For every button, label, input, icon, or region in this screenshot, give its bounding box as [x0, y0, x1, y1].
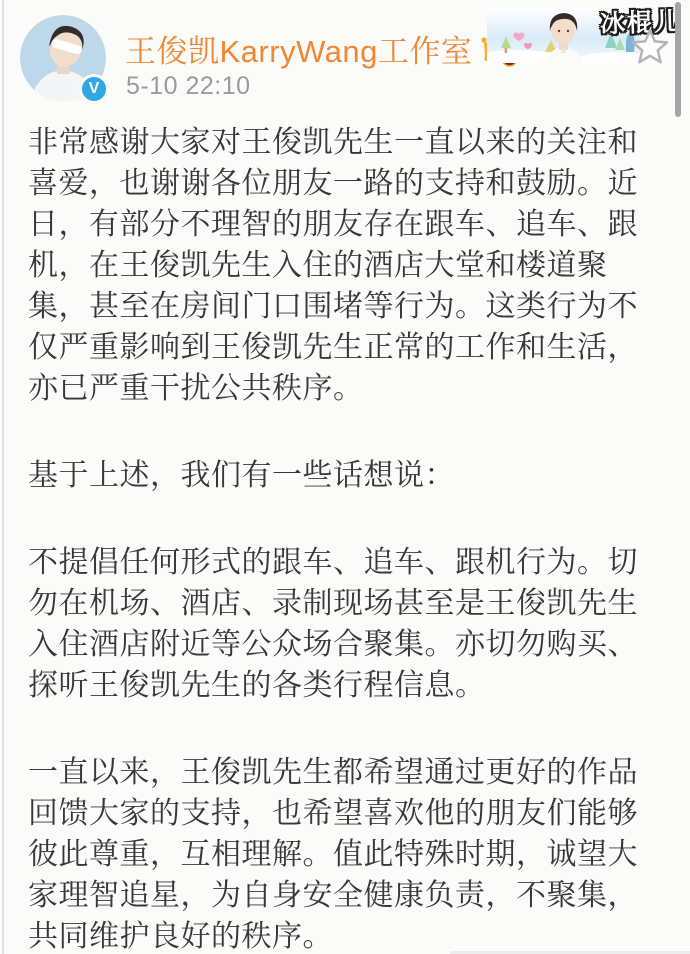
- post-paragraph: 一直以来，王俊凯先生都希望通过更好的作品回馈大家的支持，也希望喜欢他的朋友们能够…: [28, 752, 660, 954]
- post-paragraph: 基于上述，我们有一些话想说：: [28, 455, 660, 496]
- scrollbar-thumb[interactable]: [675, 2, 681, 117]
- post-header: V 王俊凯KarryWang工作室 6 5-10 22:10: [0, 0, 690, 120]
- post-paragraph: 不提倡任何形式的跟车、追车、跟机行为。切勿在机场、酒店、录制现场甚至是王俊凯先生…: [28, 542, 660, 706]
- favorite-star-icon[interactable]: [629, 26, 671, 68]
- post-body: 非常感谢大家对王俊凯先生一直以来的关注和喜爱，也谢谢各位朋友一路的支持和鼓励。近…: [0, 120, 690, 954]
- screenshot-left-edge: [2, 0, 4, 954]
- user-avatar[interactable]: V: [20, 15, 106, 101]
- username[interactable]: 王俊凯KarryWang工作室: [125, 26, 472, 71]
- verified-badge-icon: V: [79, 74, 109, 104]
- post-paragraph: 非常感谢大家对王俊凯先生一直以来的关注和喜爱，也谢谢各位朋友一路的支持和鼓励。近…: [28, 122, 660, 409]
- post-timestamp: 5-10 22:10: [126, 72, 251, 101]
